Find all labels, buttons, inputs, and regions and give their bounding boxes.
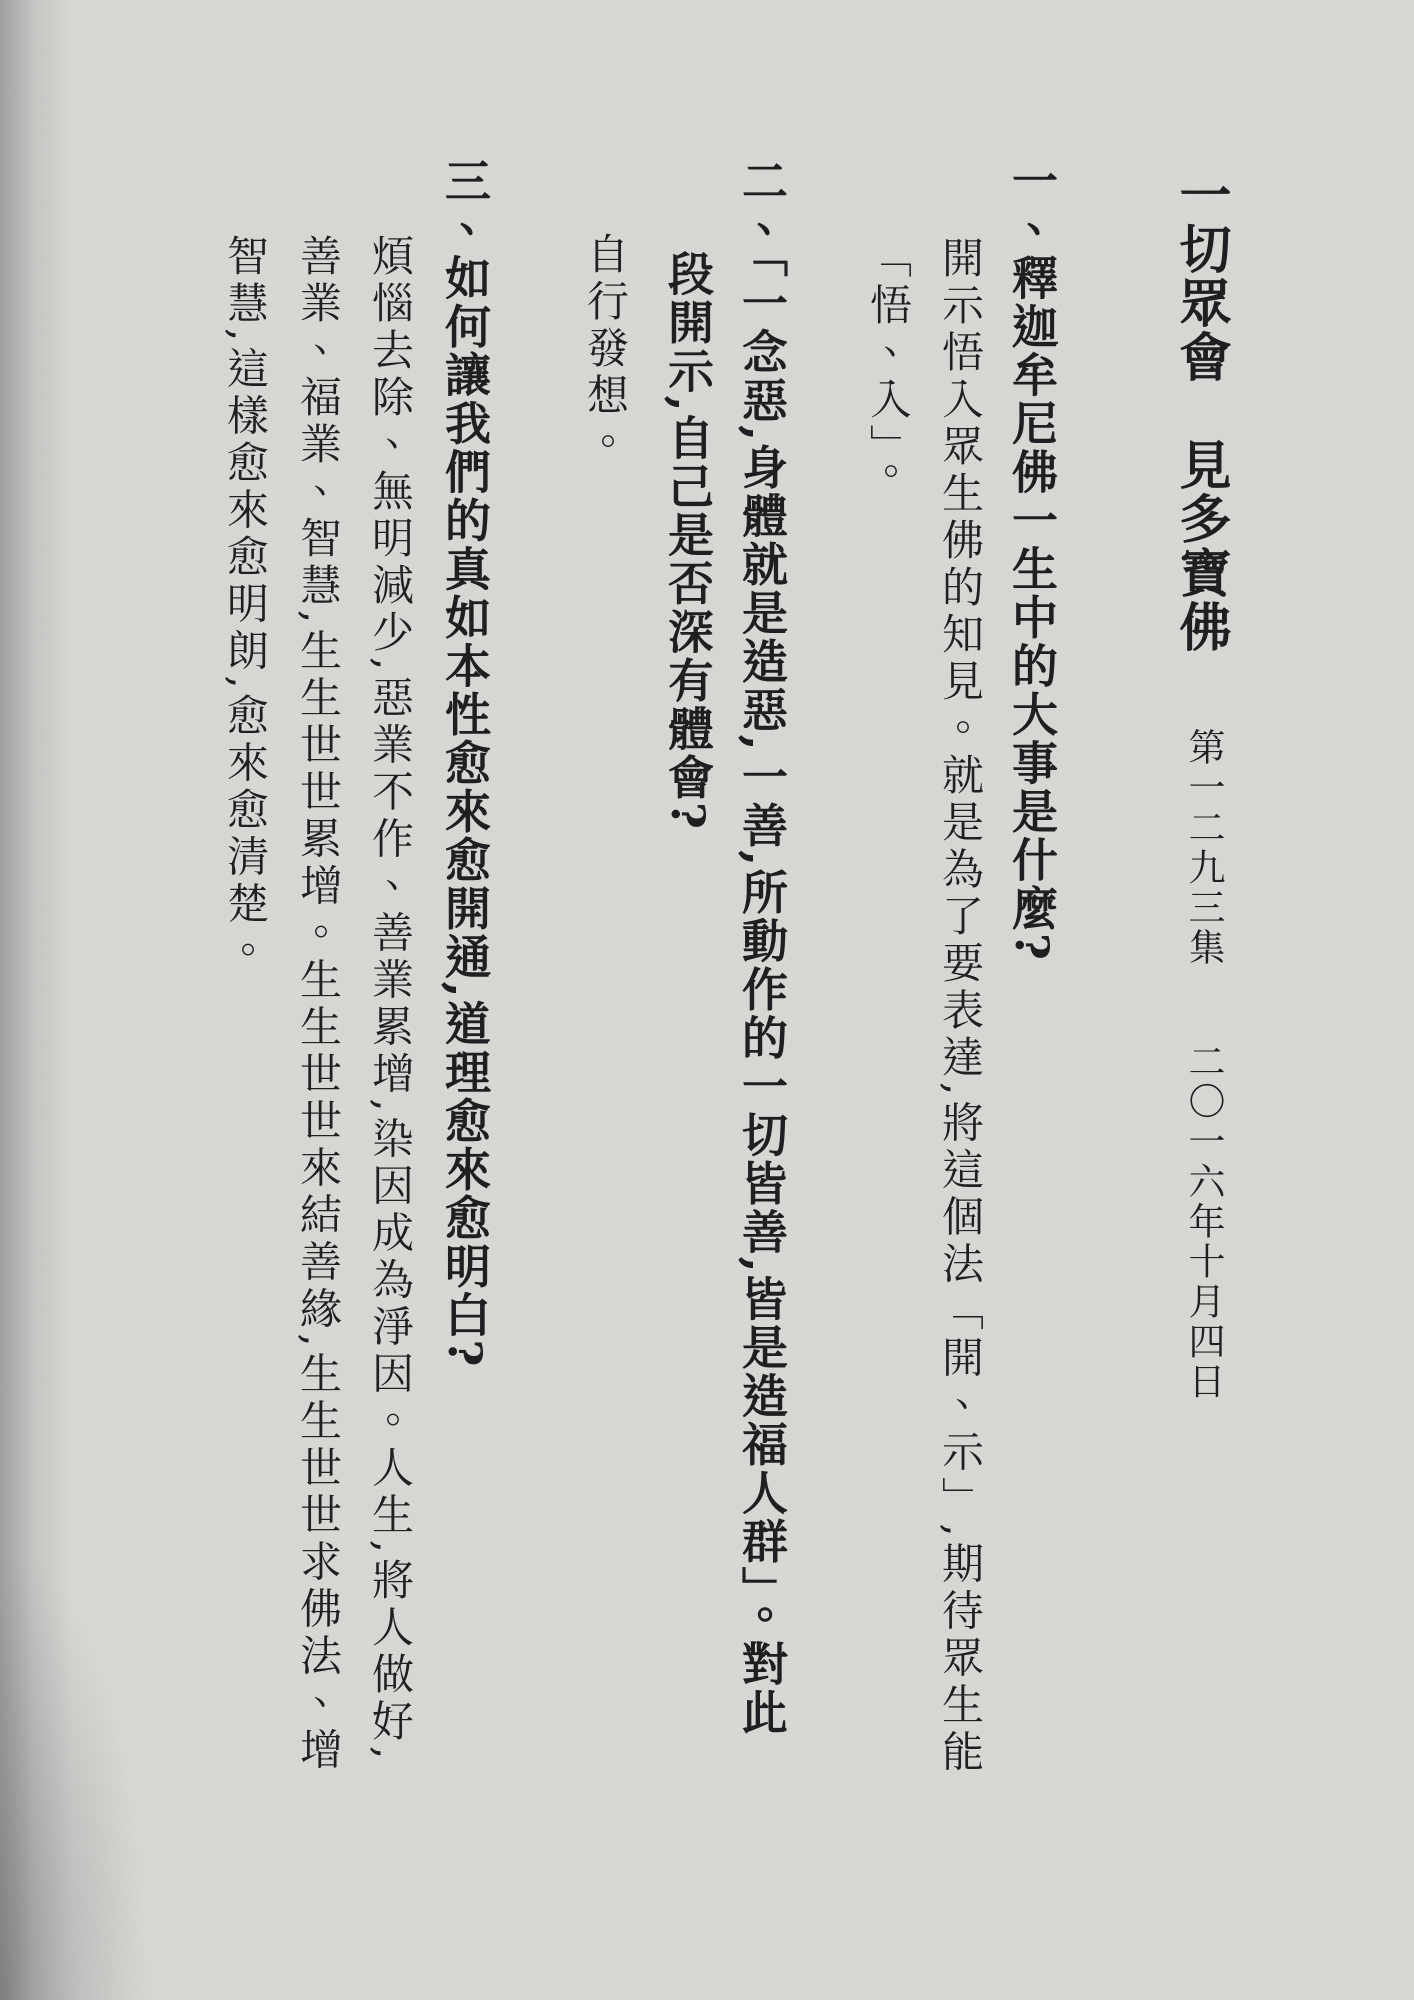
section-2-heading-col-2: 段開示,自己是否深有體會? (651, 250, 725, 831)
section-3-body-col-1: 煩惱去除、無明減少,惡業不作、善業累增,染因成為淨因。人生,將人做好, (354, 234, 426, 1764)
section-3-heading: 三、如何讓我們的真如本性愈來愈開通,道理愈來愈明白? (428, 157, 502, 1369)
section-2-heading-col-1: 二、「一念惡,身體就是造惡,一善,所動作的一切皆善,皆是造福人群」。對此 (725, 157, 799, 1737)
section-2-body-col-1: 自行發想。 (569, 232, 641, 467)
section-1-body-col-2: 「悟、入」。 (852, 236, 924, 497)
document-page: 一切眾會 見多寶佛 第一二九三集 二〇一六年十月四日 一、釋迦牟尼佛一生中的大事… (0, 0, 1414, 2000)
section-1-heading: 一、釋迦牟尼佛一生中的大事是什麼? (995, 157, 1069, 962)
section-3-body-col-2: 善業、福業、智慧,生生世世累增。生生世世來結善緣,生生世世求佛法、增 (282, 234, 354, 1775)
document-date: 二〇一六年十月四日 (1178, 1042, 1228, 1402)
scan-corner-shadow (0, 1540, 150, 2000)
section-1-body-col-1: 開示悟入眾生佛的知見。就是為了要表達,將這個法「開、示」,期待眾生能 (924, 236, 996, 1777)
scan-edge-shadow (0, 0, 72, 2000)
episode-number: 第一二九三集 (1178, 728, 1228, 968)
section-3-body-col-3: 智慧,這樣愈來愈明朗,愈來愈清楚。 (209, 234, 281, 976)
document-title: 一切眾會 見多寶佛 (1163, 168, 1237, 654)
